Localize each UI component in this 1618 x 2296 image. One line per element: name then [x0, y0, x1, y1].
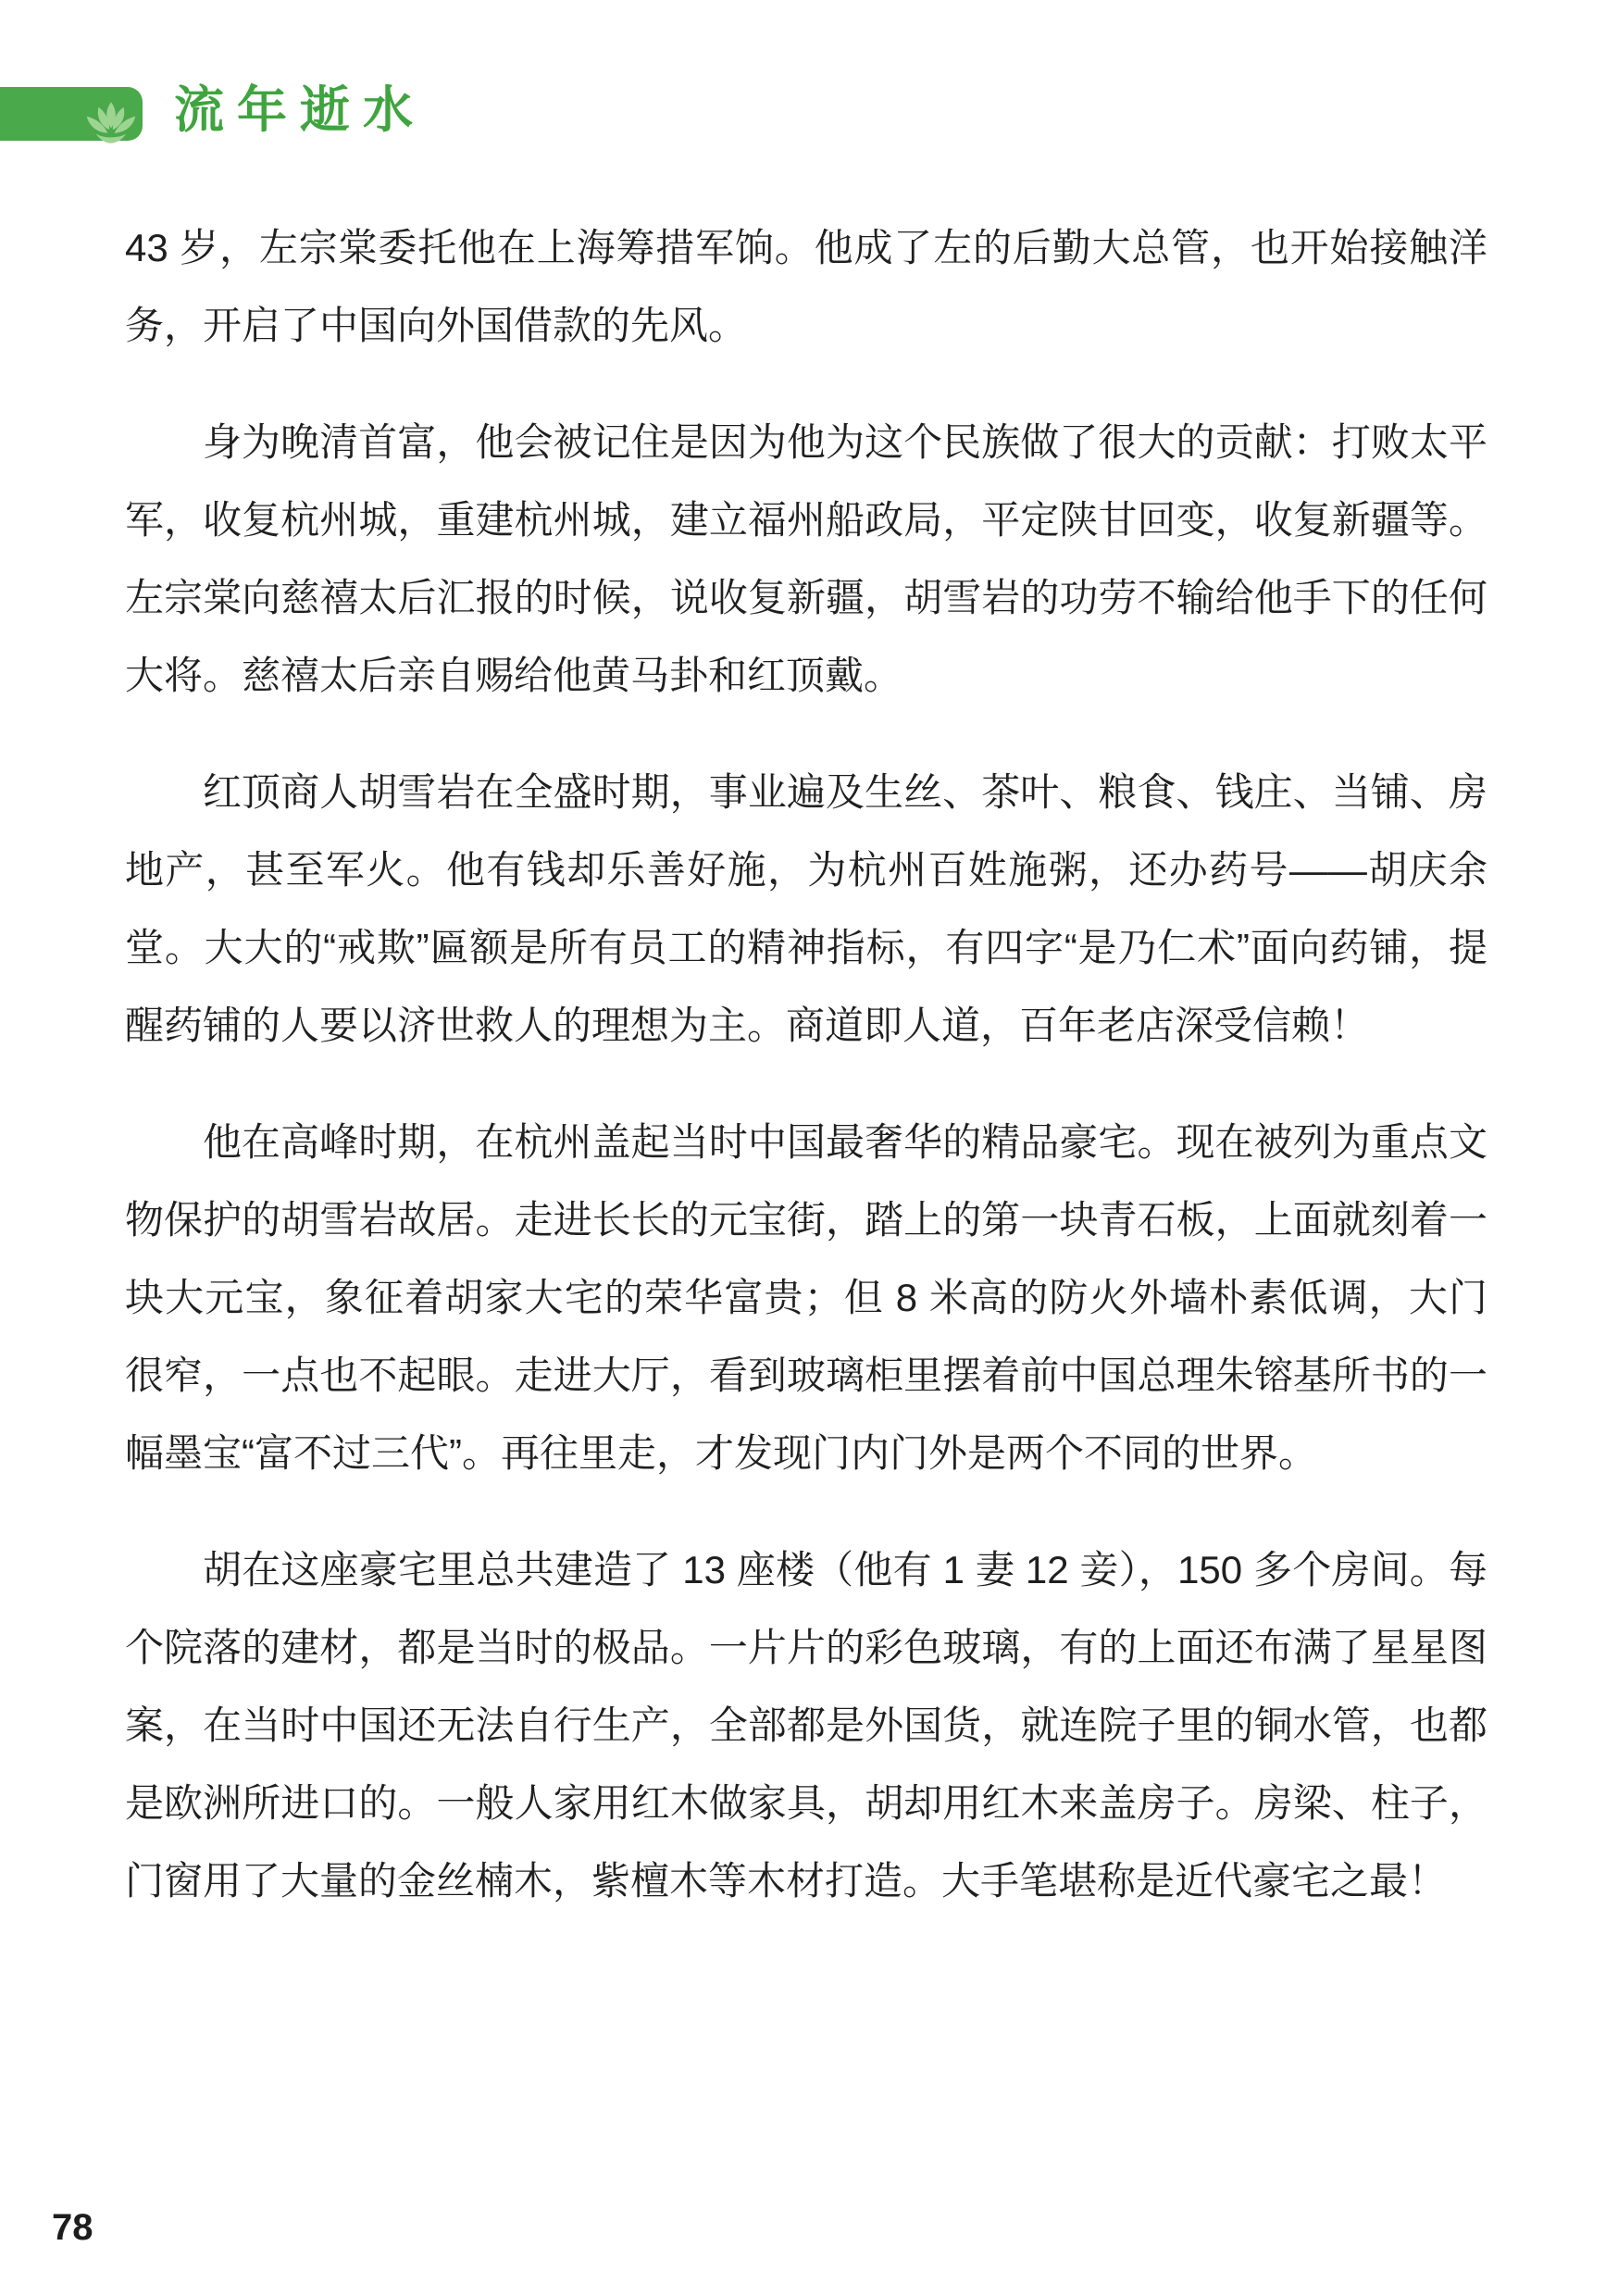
book-page: 流年逝水 43 岁，左宗棠委托他在上海筹措军饷。他成了左的后勤大总管，也开始接触…: [0, 0, 1618, 2296]
paragraph-1: 43 岁，左宗棠委托他在上海筹措军饷。他成了左的后勤大总管，也开始接触洋务，开启…: [125, 209, 1487, 365]
chapter-header-bar: [0, 87, 143, 141]
body-text: 43 岁，左宗棠委托他在上海筹措军饷。他成了左的后勤大总管，也开始接触洋务，开启…: [125, 209, 1487, 1959]
chapter-title: 流年逝水: [174, 80, 426, 141]
paragraph-5: 胡在这座豪宅里总共建造了 13 座楼（他有 1 妻 12 妾），150 多个房间…: [125, 1531, 1487, 1920]
lotus-icon: [84, 98, 138, 146]
paragraph-3: 红顶商人胡雪岩在全盛时期，事业遍及生丝、茶叶、粮食、钱庄、当铺、房地产，甚至军火…: [125, 754, 1487, 1065]
page-number: 78: [52, 2207, 93, 2249]
paragraph-2: 身为晚清首富，他会被记住是因为他为这个民族做了很大的贡献：打败太平军，收复杭州城…: [125, 404, 1487, 715]
paragraph-4: 他在高峰时期，在杭州盖起当时中国最奢华的精品豪宅。现在被列为重点文物保护的胡雪岩…: [125, 1104, 1487, 1492]
